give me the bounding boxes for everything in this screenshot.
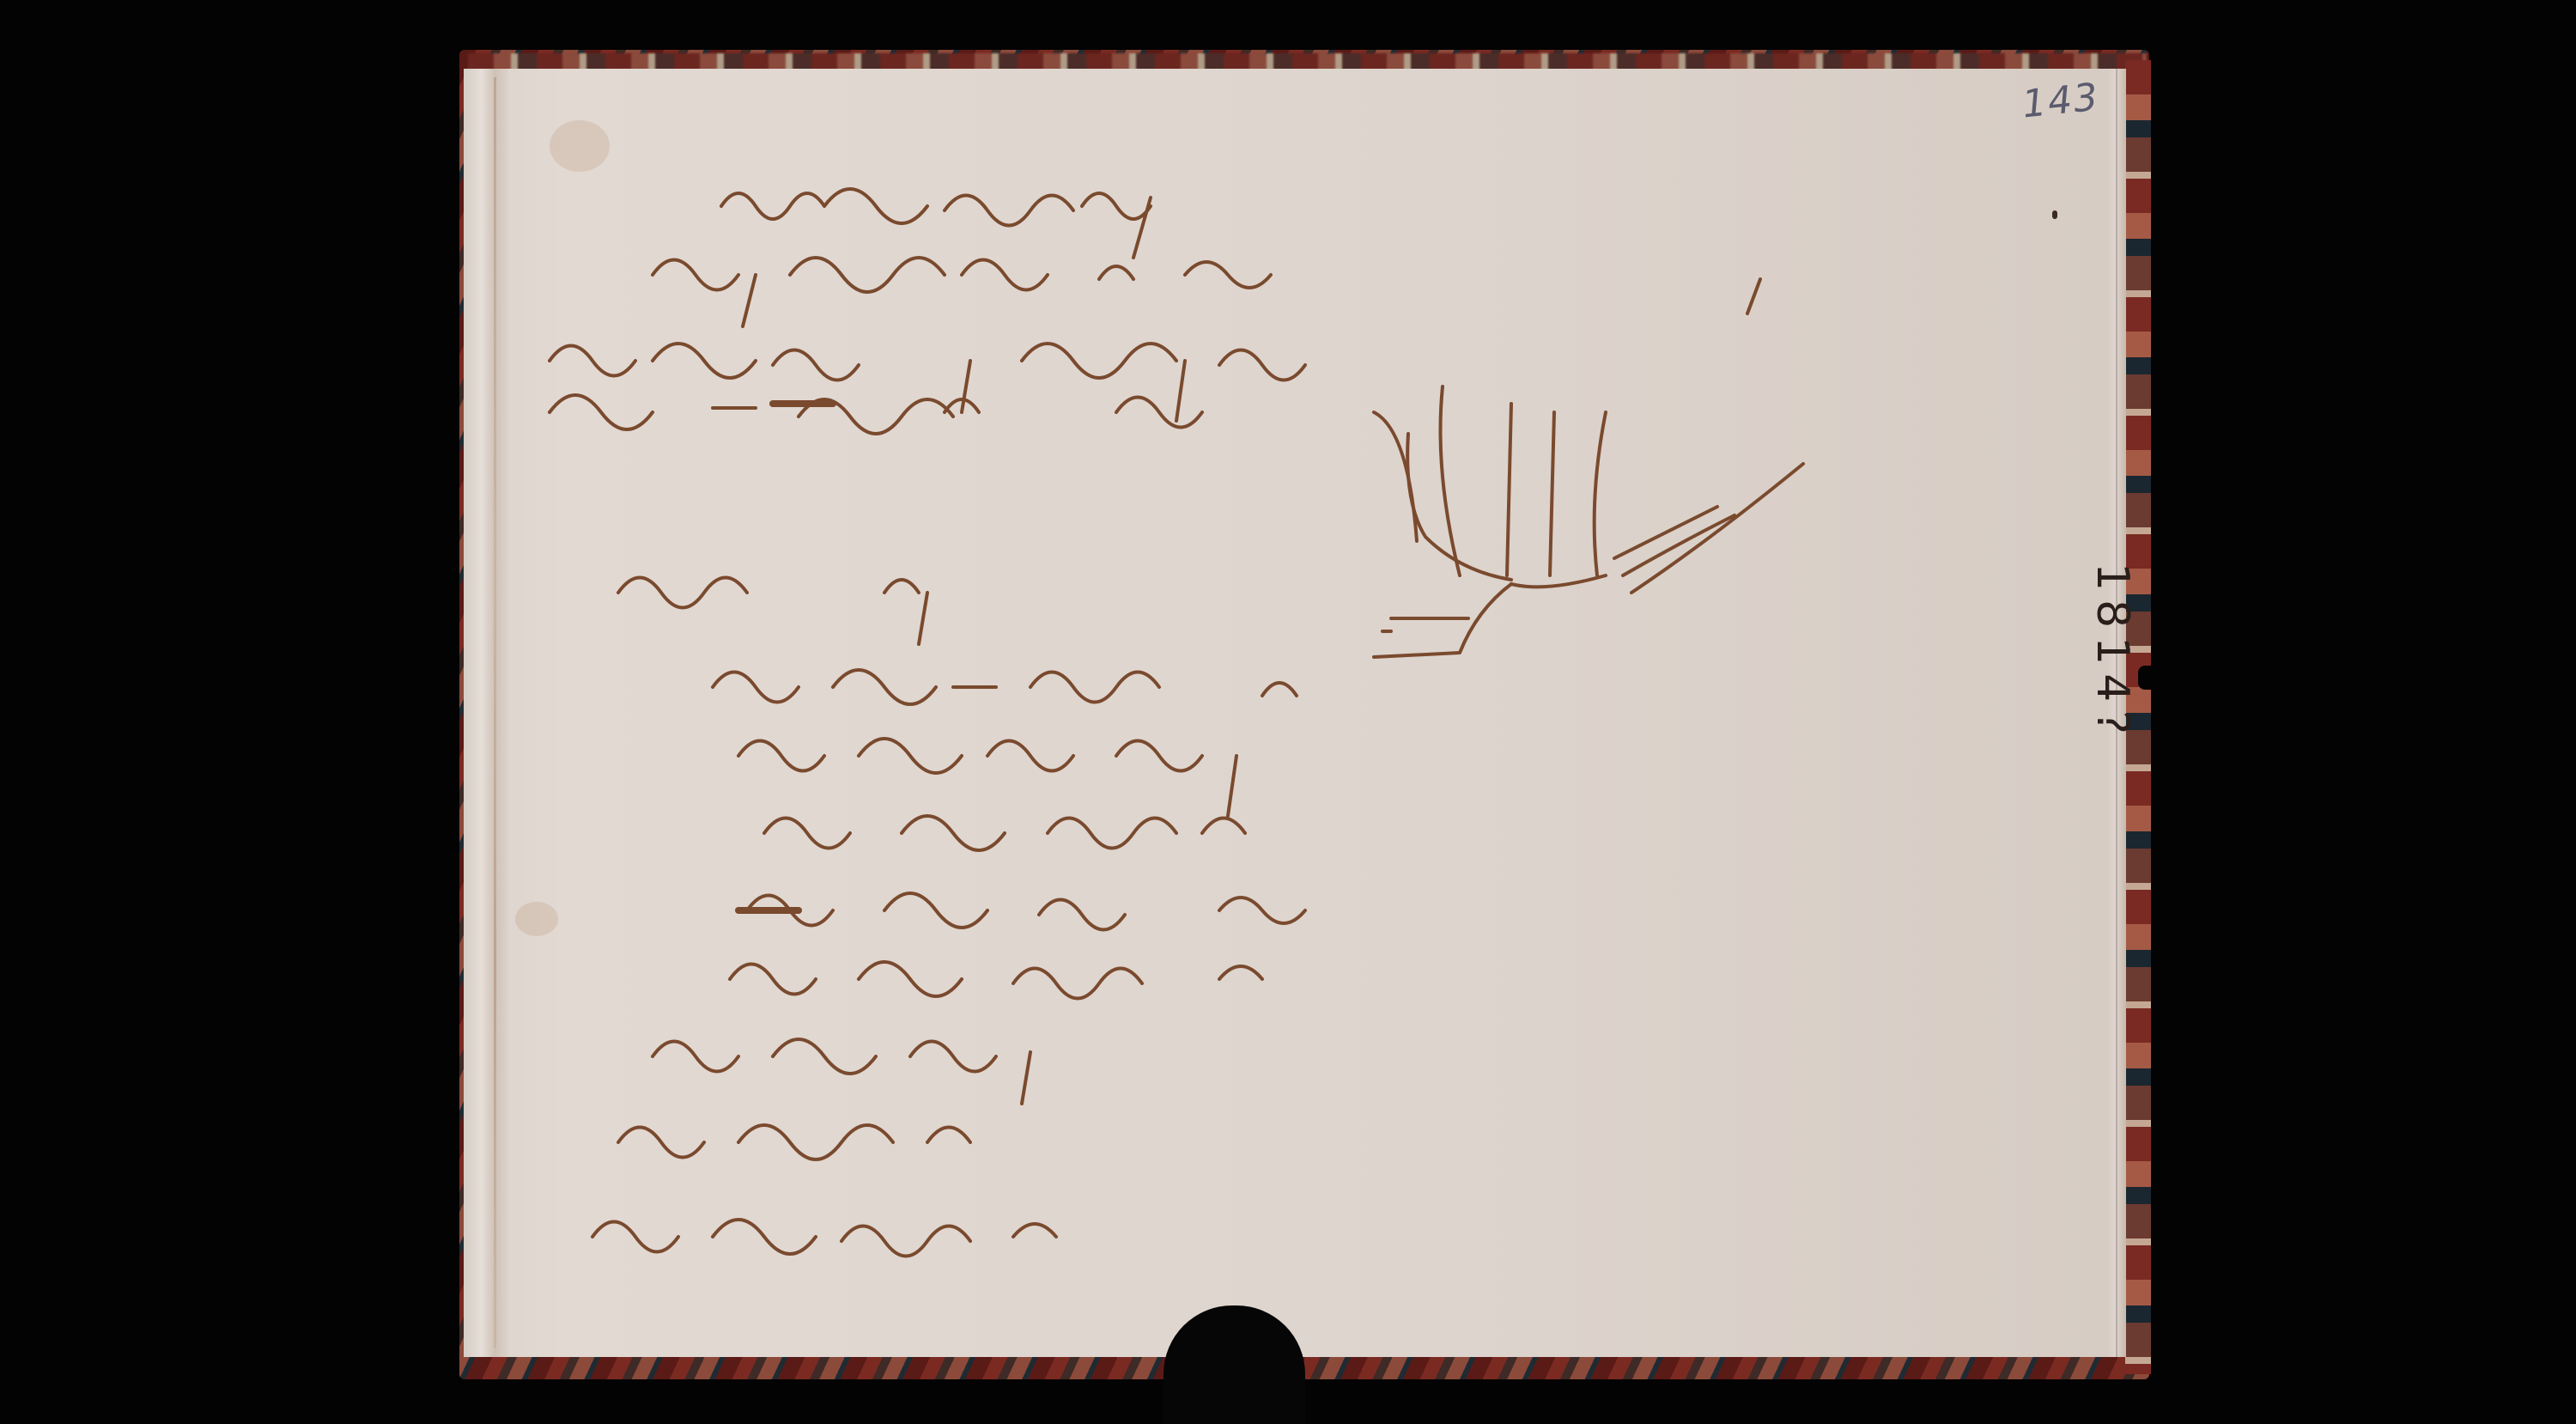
plant-sketch bbox=[1374, 386, 1803, 657]
ink-dot bbox=[2052, 210, 2057, 219]
handwriting-strokes bbox=[0, 0, 2576, 1424]
photo-stage: 143 1814? bbox=[0, 0, 2576, 1424]
